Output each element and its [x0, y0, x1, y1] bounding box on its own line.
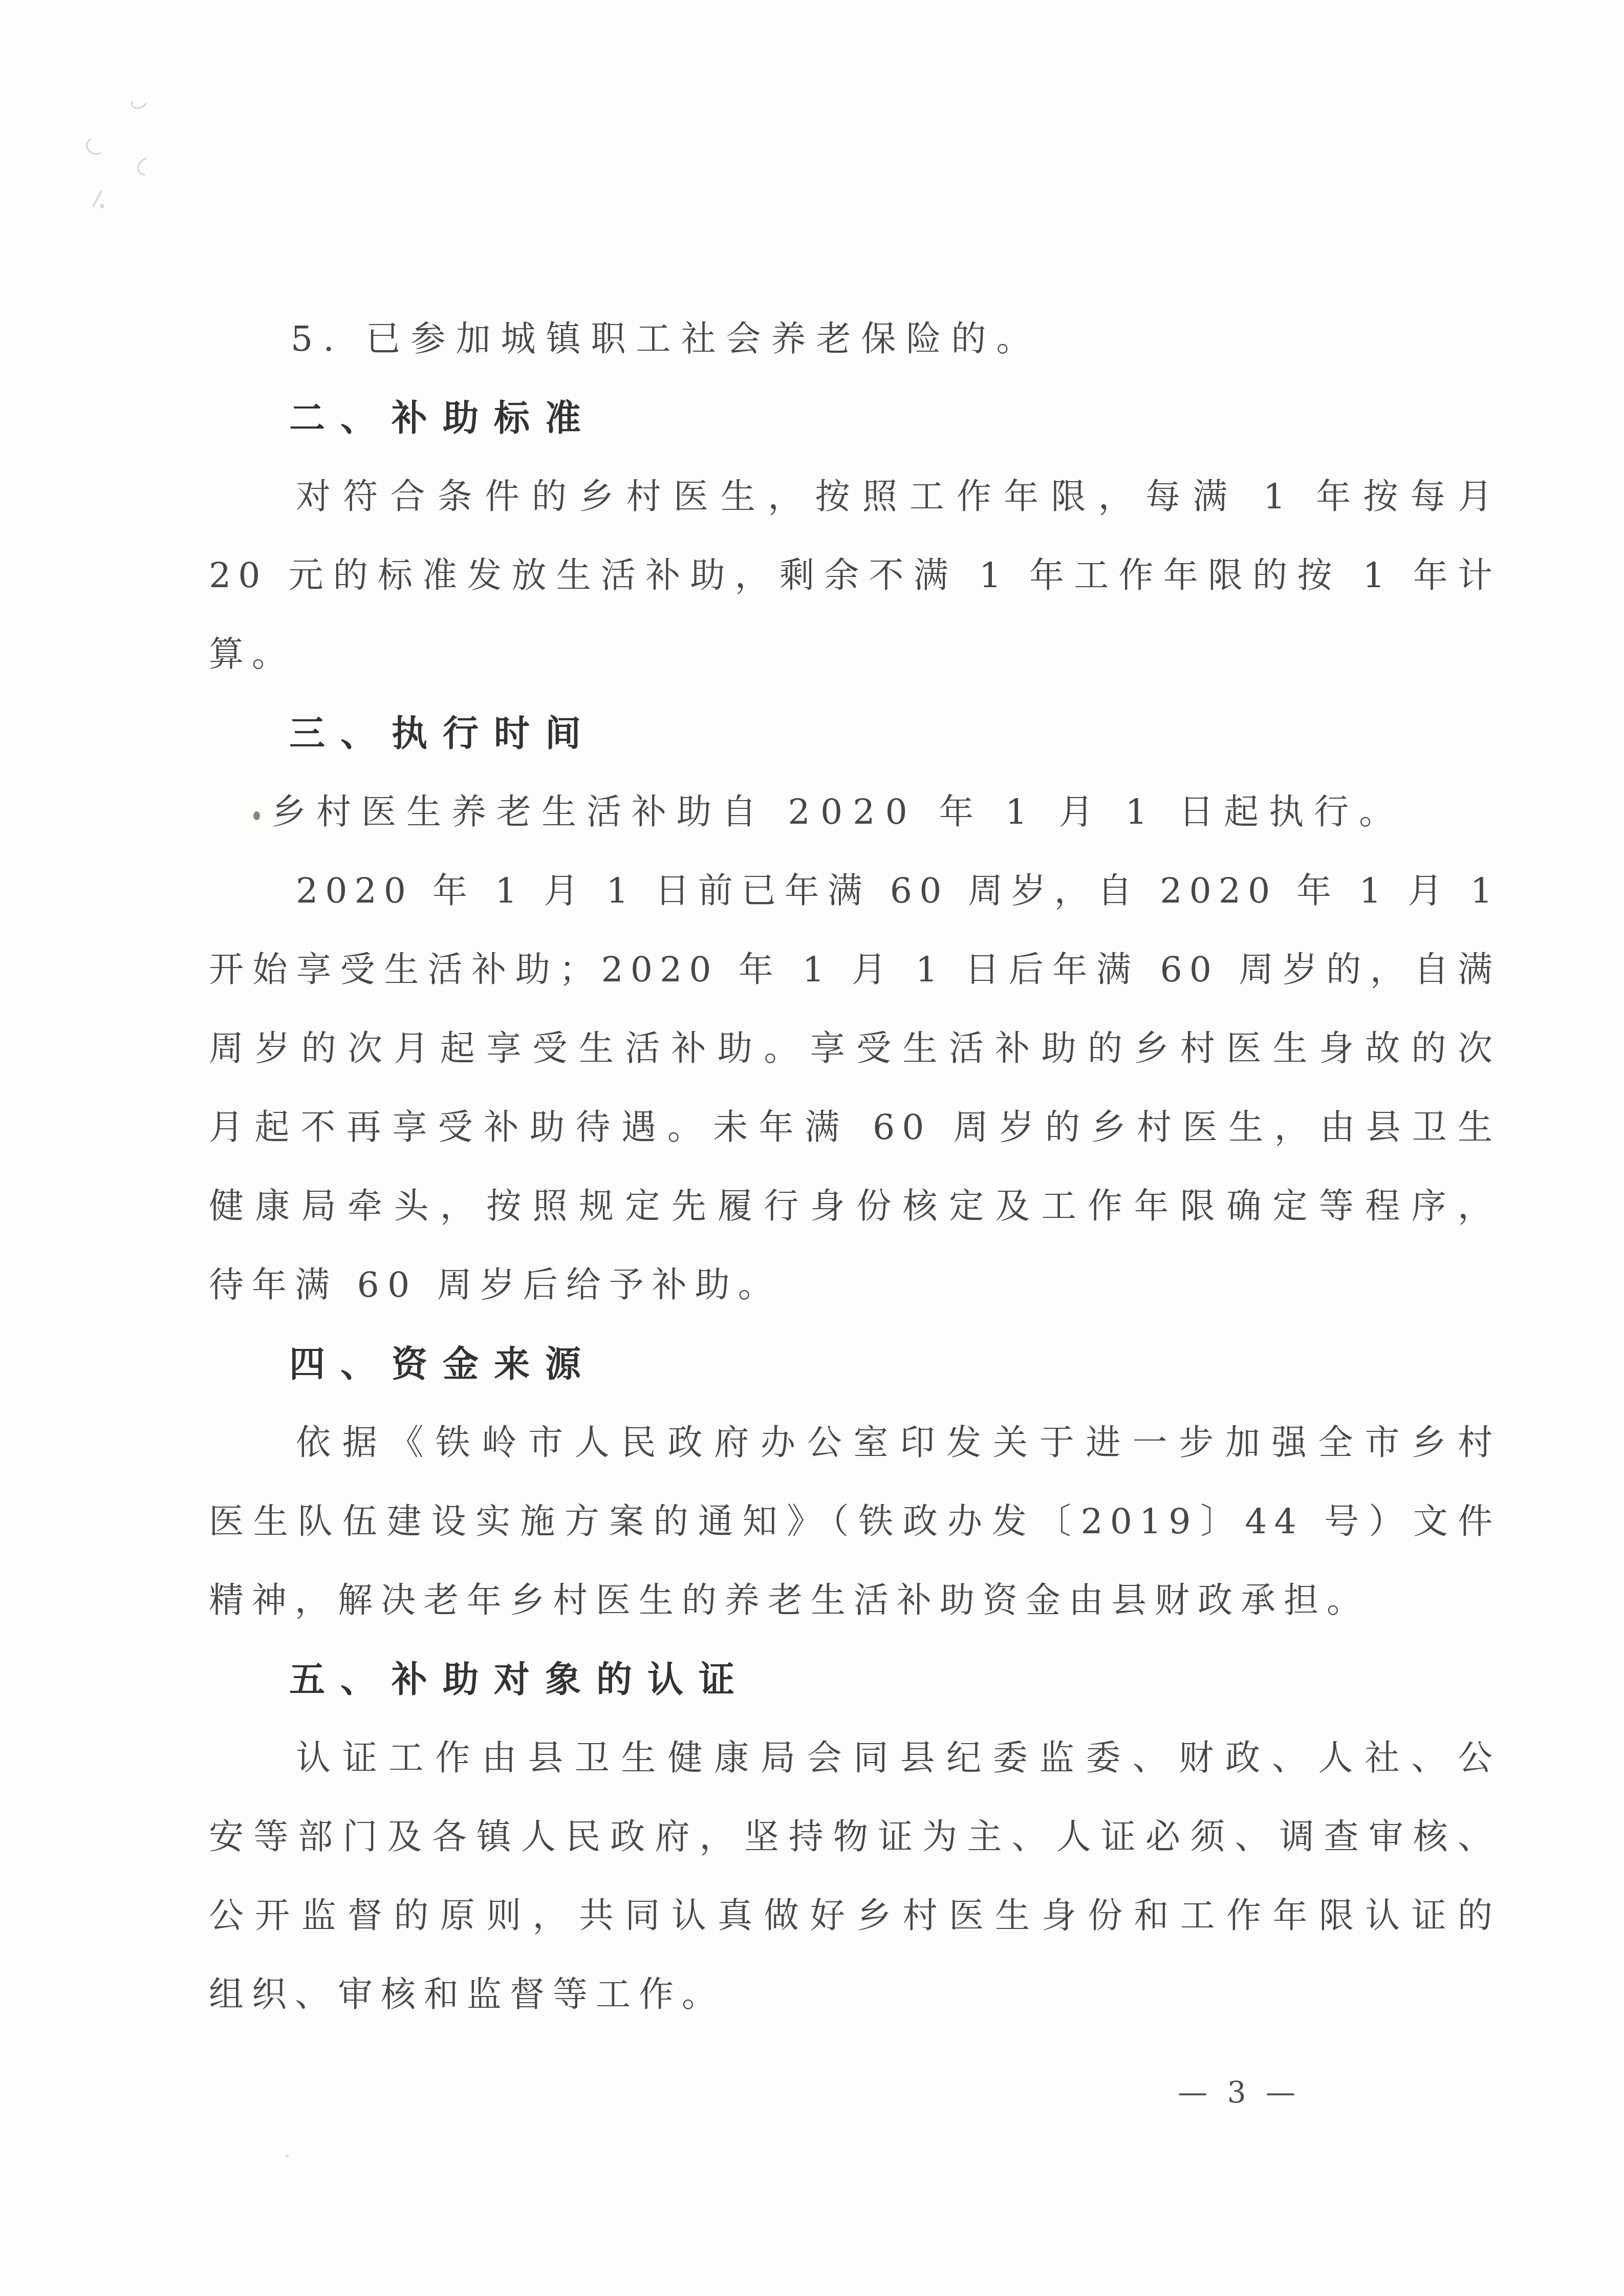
text-line: 算。	[209, 615, 1500, 694]
scanned-document-page: { "page": { "number_label": "— 3 —" }, "…	[0, 0, 1624, 2296]
section-heading: 四、资金来源	[209, 1325, 1500, 1404]
text-line: 待年满 60 周岁后给予补助。	[209, 1246, 1500, 1325]
scan-artifact	[128, 92, 150, 112]
scan-artifact	[92, 190, 102, 207]
text-line: 月起不再享受补助待遇。未年满 60 周岁的乡村医生，由县卫生	[209, 1088, 1500, 1167]
text-line: 安等部门及各镇人民政府，坚持物证为主、人证必须、调查审核、	[209, 1798, 1500, 1877]
text-line: 依据《铁岭市人民政府办公室印发关于进一步加强全市乡村	[209, 1404, 1500, 1483]
text-line: 对符合条件的乡村医生，按照工作年限，每满 1 年按每月	[209, 458, 1500, 537]
text-line: 健康局牵头，按照规定先履行身份核定及工作年限确定等程序，	[209, 1167, 1500, 1246]
scan-artifact	[84, 135, 107, 157]
text-line: 精神，解决老年乡村医生的养老生活补助资金由县财政承担。	[209, 1561, 1500, 1640]
scan-artifact	[286, 2154, 289, 2157]
text-line: 乡村医生养老生活补助自 2020 年 1 月 1 日起执行。	[209, 773, 1500, 852]
text-line: 周岁的次月起享受生活补助。享受生活补助的乡村医生身故的次	[209, 1010, 1500, 1088]
text-line: 认证工作由县卫生健康局会同县纪委监委、财政、人社、公	[209, 1719, 1500, 1798]
text-line: 20 元的标准发放生活补助，剩余不满 1 年工作年限的按 1 年计	[209, 537, 1500, 615]
text-line: 组织、审核和监督等工作。	[209, 1956, 1500, 2034]
scan-artifact	[134, 154, 158, 179]
text-line: 公开监督的原则，共同认真做好乡村医生身份和工作年限认证的	[209, 1877, 1500, 1956]
section-heading: 二、补助标准	[209, 379, 1500, 458]
scan-artifact	[100, 204, 104, 208]
text-line: 医生队伍建设实施方案的通知》（铁政办发〔2019〕44 号）文件	[209, 1483, 1500, 1561]
document-body: 5. 已参加城镇职工社会养老保险的。二、补助标准对符合条件的乡村医生，按照工作年…	[209, 300, 1500, 2034]
text-line: 2020 年 1 月 1 日前已年满 60 周岁，自 2020 年 1 月 1 …	[209, 852, 1500, 931]
text-line: 开始享受生活补助；2020 年 1 月 1 日后年满 60 周岁的，自满 60	[209, 931, 1500, 1010]
text-line: 5. 已参加城镇职工社会养老保险的。	[209, 300, 1500, 379]
section-heading: 五、补助对象的认证	[209, 1640, 1500, 1719]
section-heading: 三、执行时间	[209, 694, 1500, 773]
page-number: — 3 —	[1178, 2069, 1301, 2115]
